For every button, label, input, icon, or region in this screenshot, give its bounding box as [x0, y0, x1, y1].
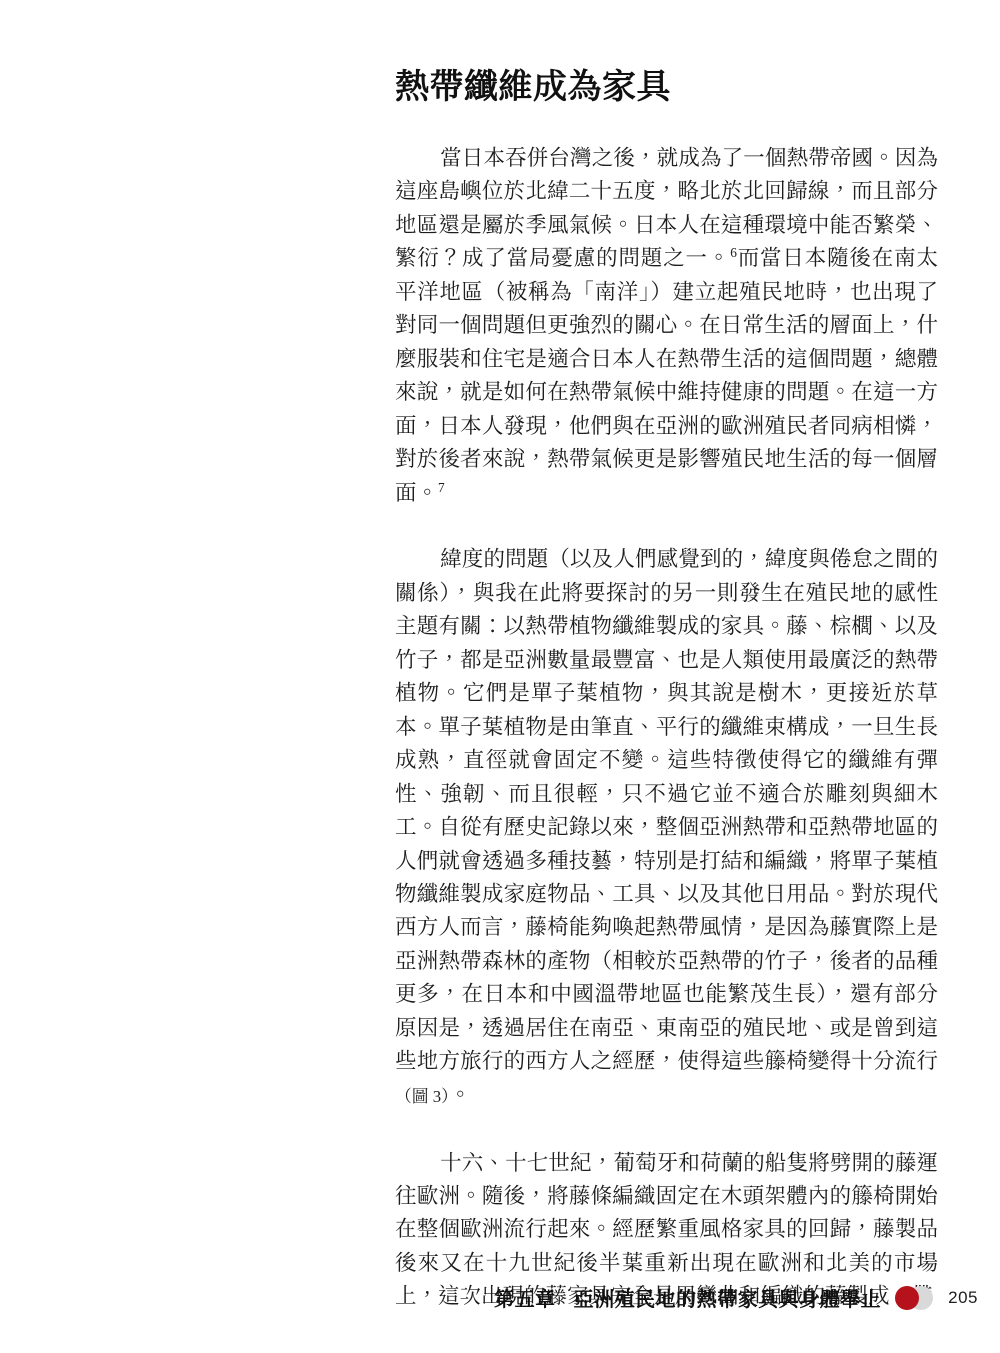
- figure-ref: （圖 3）: [395, 1087, 450, 1106]
- page-title: 熱帶纖維成為家具: [395, 68, 938, 106]
- chapter-label: 第五章: [494, 1289, 556, 1311]
- paragraph: 當日本吞併台灣之後，就成為了一個熱帶帝國。因為這座島嶼位於北緯二十五度，略北於北…: [395, 142, 938, 510]
- body-text: 而當日本隨後在南太平洋地區（被稱為「南洋」）建立起殖民地時，也出現了對同一個問題…: [395, 246, 938, 504]
- page-number: 205: [948, 1288, 978, 1308]
- text-column: 熱帶纖維成為家具 當日本吞併台灣之後，就成為了一個熱帶帝國。因為這座島嶼位於北緯…: [395, 68, 938, 1314]
- running-footer-text: 第五章亞洲殖民地的熱帶家具與身體舉止: [494, 1283, 881, 1312]
- paragraph: 緯度的問題（以及人們感覺到的，緯度與倦怠之間的關係），與我在此將要探討的另一則發…: [395, 543, 938, 1113]
- body-text: 。: [450, 1083, 472, 1107]
- footer-dots: [895, 1285, 933, 1310]
- book-page: 熱帶纖維成為家具 當日本吞併台灣之後，就成為了一個熱帶帝國。因為這座島嶼位於北緯…: [0, 0, 1000, 1353]
- red-dot-icon: [895, 1286, 919, 1310]
- footnote-ref: 6: [730, 245, 737, 260]
- body-text: 緯度的問題（以及人們感覺到的，緯度與倦怠之間的關係），與我在此將要探討的另一則發…: [395, 547, 938, 1073]
- page-footer: 第五章亞洲殖民地的熱帶家具與身體舉止 205: [0, 1283, 978, 1312]
- chapter-title: 亞洲殖民地的熱帶家具與身體舉止: [574, 1289, 882, 1311]
- footnote-ref: 7: [438, 479, 445, 494]
